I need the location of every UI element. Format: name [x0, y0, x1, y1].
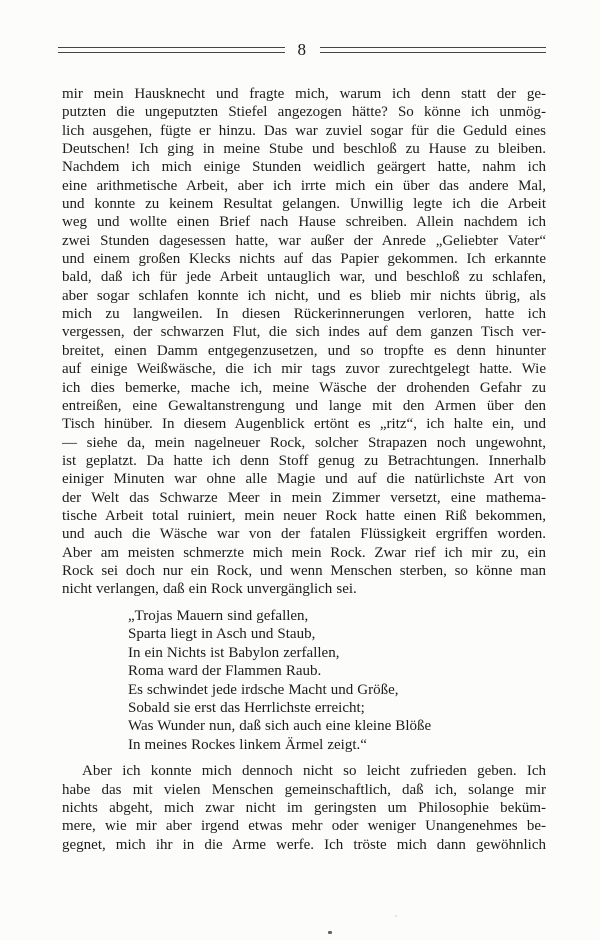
page-number: 8 — [285, 41, 320, 60]
header-rule-right — [320, 47, 547, 54]
scan-speck — [395, 915, 397, 917]
text-line: Rock sei doch nur ein Rock, und wenn Men… — [62, 562, 546, 580]
text-line: Sobald sie erst das Herrlichste erreicht… — [128, 699, 546, 717]
text-line: tische Arbeit total ruiniert, mein neuer… — [62, 507, 546, 525]
text-line: einiger Minuten war ohne alle Magie und … — [62, 470, 546, 488]
text-line: weg und wollte einen Brief nach Hause sc… — [62, 213, 546, 231]
text-line: und einem großen Klecks nichts auf das P… — [62, 250, 546, 268]
text-line: aber sogar schlafen konnte ich nicht, un… — [62, 287, 546, 305]
text-line: Sparta liegt in Asch und Staub, — [128, 625, 546, 643]
text-line: und auch die Wäsche war von der fatalen … — [62, 525, 546, 543]
text-line: In ein Nichts ist Babylon zerfallen, — [128, 644, 546, 662]
text-line: Aber ich konnte mich dennoch nicht so le… — [62, 762, 546, 780]
text-line: lich ausgehen, fügte er hinzu. Das war z… — [62, 122, 546, 140]
book-page: 8 mir mein Hausknecht und fragte mich, w… — [0, 0, 600, 940]
text-line: Nachdem ich mich einige Stunden weidlich… — [62, 158, 546, 176]
text-line: putzten die ungeputzten Stiefel angezoge… — [62, 103, 546, 121]
paragraph-1: mir mein Hausknecht und fragte mich, war… — [62, 85, 546, 599]
text-line: mere, wie mir aber irgend etwas mehr ode… — [62, 817, 546, 835]
text-line: mir mein Hausknecht und fragte mich, war… — [62, 85, 546, 103]
scan-speck — [328, 931, 332, 934]
text-line: vergessen, der schwarzen Flut, die sich … — [62, 323, 546, 341]
text-line: bald, daß ich für jede Arbeit untauglich… — [62, 268, 546, 286]
text-line: Tisch hinüber. In diesem Augenblick ertö… — [62, 415, 546, 433]
paragraph-2: Aber ich konnte mich dennoch nicht so le… — [62, 762, 546, 854]
page-header: 8 — [58, 38, 546, 62]
text-line: Deutschen! Ich ging in meine Stube und b… — [62, 140, 546, 158]
text-line: Es schwindet jede irdsche Macht und Größ… — [128, 681, 546, 699]
text-line: nichts abgeht, mich zwar nicht im gering… — [62, 799, 546, 817]
poem-stanza: „Trojas Mauern sind gefallen,Sparta lieg… — [128, 607, 546, 754]
header-rule-left — [58, 47, 285, 54]
text-line: zwei Stunden dagesessen hatte, war außer… — [62, 232, 546, 250]
text-line: habe das mit vielen Menschen gemeinschaf… — [62, 781, 546, 799]
text-line: eine arithmetische Arbeit, aber ich irrt… — [62, 177, 546, 195]
text-line: In meines Rockes linkem Ärmel zeigt.“ — [128, 736, 546, 754]
text-line: mich zu langweilen. In diesen Rückerinne… — [62, 305, 546, 323]
text-line: — siehe da, mein nagelneuer Rock, solche… — [62, 434, 546, 452]
text-line: nicht verlangen, daß ein Rock unvergängl… — [62, 580, 546, 598]
text-line: Aber am meisten schmerzte mich mein Rock… — [62, 544, 546, 562]
text-line: ich dies bemerke, mache ich, meine Wäsch… — [62, 379, 546, 397]
text-line: und konnte zu keinem Resultat gelangen. … — [62, 195, 546, 213]
text-line: entreißen, eine Gewaltanstrengung und la… — [62, 397, 546, 415]
page-body: mir mein Hausknecht und fragte mich, war… — [62, 85, 546, 854]
text-line: gegnet, mich ihr in die Arme werfe. Ich … — [62, 836, 546, 854]
text-line: ist geplatzt. Da hatte ich denn Stoff ge… — [62, 452, 546, 470]
text-line: breitet, einen Damm entgegenzusetzen, un… — [62, 342, 546, 360]
text-line: „Trojas Mauern sind gefallen, — [128, 607, 546, 625]
text-line: Roma ward der Flammen Raub. — [128, 662, 546, 680]
text-line: Was Wunder nun, daß sich auch eine klein… — [128, 717, 546, 735]
text-line: der Welt das Schwarze Meer in mein Zimme… — [62, 489, 546, 507]
text-line: auf einige Weißwäsche, die ich mir tags … — [62, 360, 546, 378]
